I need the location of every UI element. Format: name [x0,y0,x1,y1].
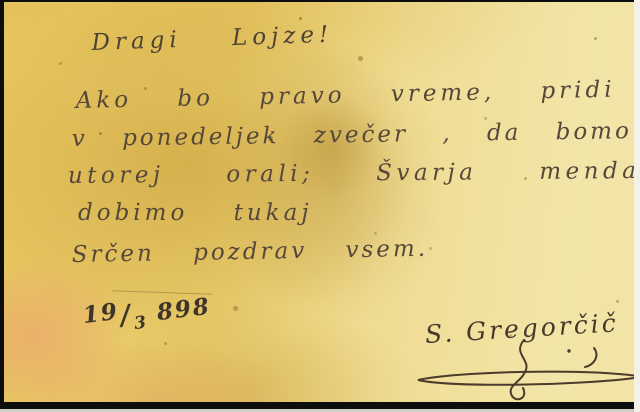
body-line-3: utorej orali; Švarja menda [68,158,640,189]
scan-border-left [0,0,4,409]
body-line-4: dobimo tukaj [78,200,312,226]
date-year: 898 [155,293,212,326]
paper-speckles [4,2,7,5]
body-line-5: Srčen pozdrav vsem. [72,236,429,268]
body-line-2: v ponedeljek zvečer , da bomo [72,118,632,152]
date-line: 19/3898 [81,287,212,340]
date-slash: / [118,299,134,331]
scan-border-top [0,0,634,2]
signature-flourish-icon [408,338,640,412]
salutation-line: Dragi Lojze! [91,22,334,56]
date-day: 19 [81,298,120,329]
date-month: 3 [133,312,149,334]
scanned-postcard: Dragi Lojze! Ako bo pravo vreme, pridi v… [0,0,640,412]
scan-border-bottom [0,402,634,409]
scan-edge-right [634,0,640,412]
paper-background: Dragi Lojze! Ako bo pravo vreme, pridi v… [4,2,634,402]
